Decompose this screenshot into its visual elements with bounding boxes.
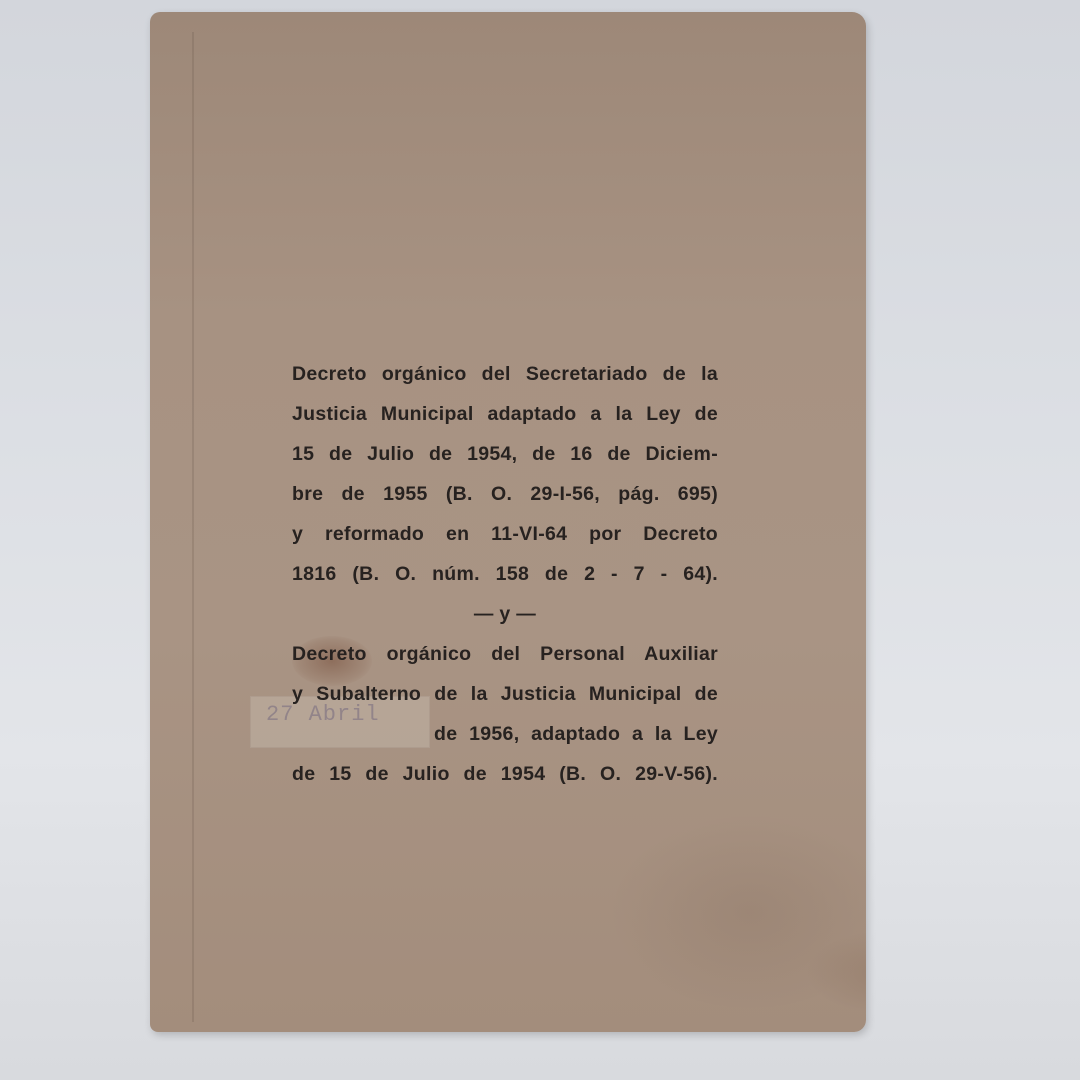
- binding-crease: [192, 32, 194, 1022]
- text-line: y reformado en 11-VI-64 por Decreto: [292, 514, 718, 554]
- text-line: Decreto orgánico del Secretariado de la: [292, 354, 718, 394]
- text-line: y Subalterno de la Justicia Municipal de: [292, 674, 718, 714]
- document-text: Decreto orgánico del Secretariado de la …: [292, 354, 718, 794]
- text-line: 15 de Julio de 1954, de 16 de Diciem-: [292, 434, 718, 474]
- text-line: 1816 (B. O. núm. 158 de 2 - 7 - 64).: [292, 554, 718, 594]
- separator: — y —: [292, 594, 718, 634]
- text-line: de 1956, adaptado a la Ley: [292, 714, 718, 754]
- text-line: de 15 de Julio de 1954 (B. O. 29-V-56).: [292, 754, 718, 794]
- text-line: bre de 1955 (B. O. 29-I-56, pág. 695): [292, 474, 718, 514]
- text-line: Decreto orgánico del Personal Auxiliar: [292, 634, 718, 674]
- text-line: Justicia Municipal adaptado a la Ley de: [292, 394, 718, 434]
